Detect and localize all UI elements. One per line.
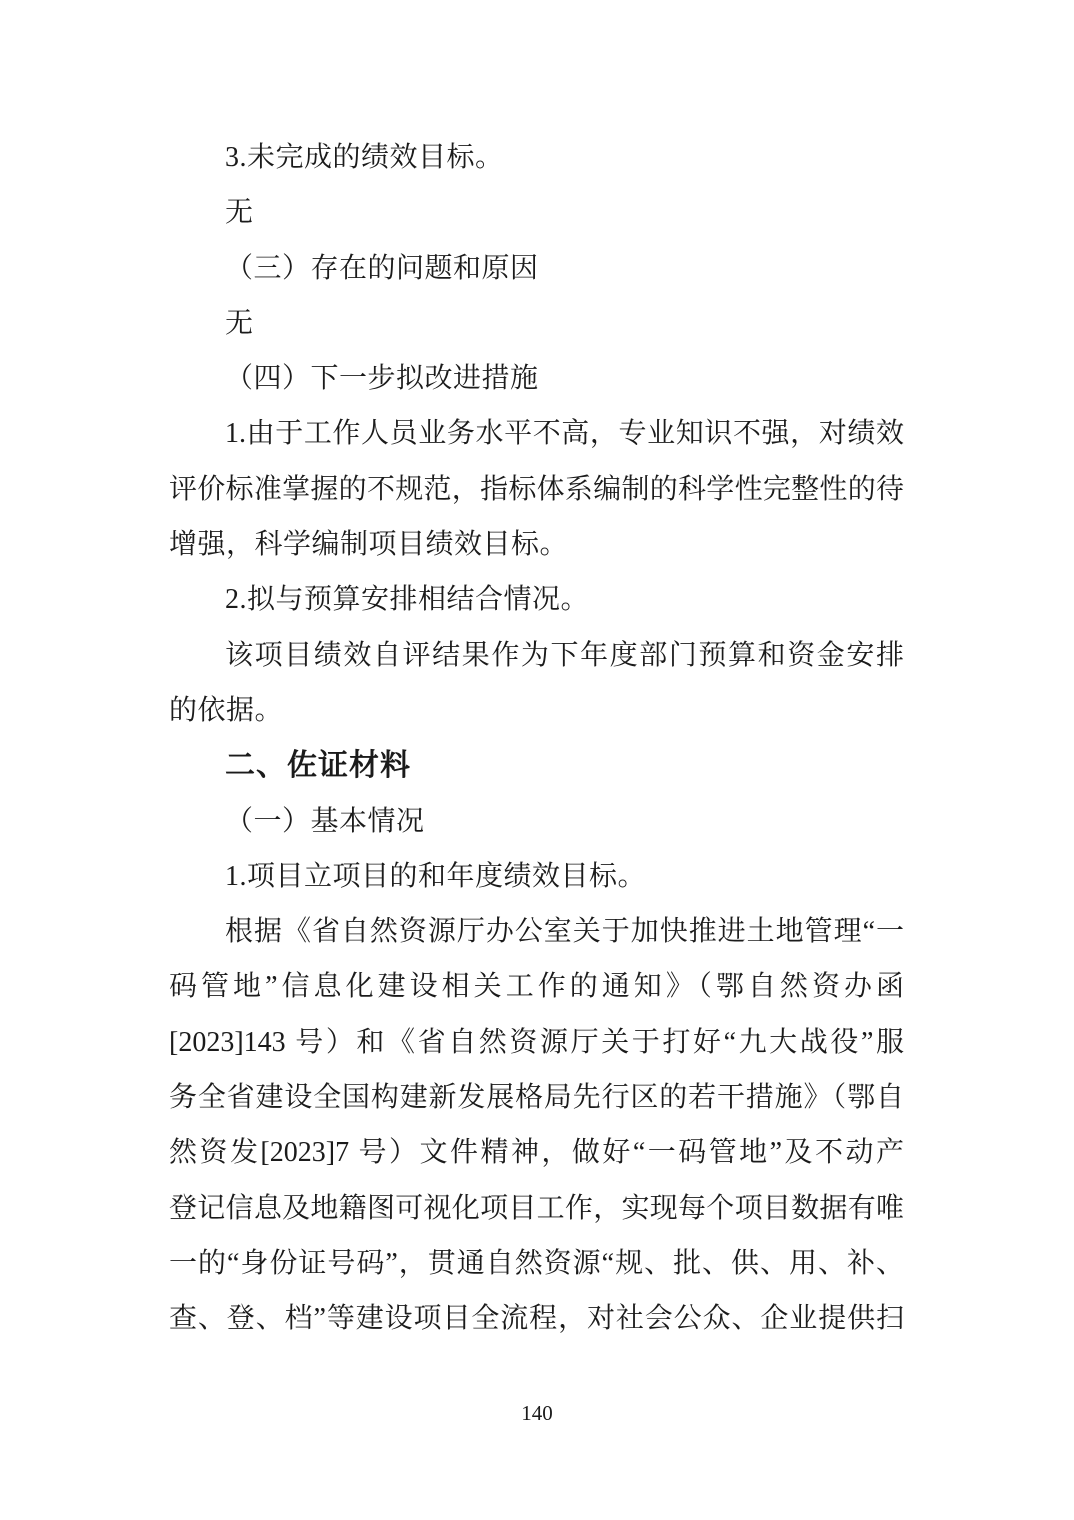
- text-line: 无: [169, 185, 904, 240]
- text-line: 评价标准掌握的不规范，指标体系编制的科学性完整性的待: [169, 462, 904, 517]
- text-line: 1.由于工作人员业务水平不高，专业知识不强，对绩效: [169, 406, 904, 461]
- text-line: 根据《省自然资源厅办公室关于加快推进土地管理“一: [169, 904, 904, 959]
- text-line: [2023]143 号）和《省自然资源厅关于打好“九大战役”服: [169, 1015, 904, 1070]
- document-body: 3.未完成的绩效目标。无（三）存在的问题和原因无（四）下一步拟改进措施1.由于工…: [169, 130, 904, 1347]
- text-line: 2.拟与预算安排相结合情况。: [169, 572, 904, 627]
- text-line: 1.项目立项目的和年度绩效目标。: [169, 849, 904, 904]
- text-line: 无: [169, 296, 904, 351]
- text-line: （一）基本情况: [169, 794, 904, 849]
- text-line: 增强，科学编制项目绩效目标。: [169, 517, 904, 572]
- document-page: 3.未完成的绩效目标。无（三）存在的问题和原因无（四）下一步拟改进措施1.由于工…: [0, 0, 1074, 1520]
- text-line: （四）下一步拟改进措施: [169, 351, 904, 406]
- text-line: 然资发[2023]7 号）文件精神，做好“一码管地”及不动产: [169, 1125, 904, 1180]
- page-number: 140: [0, 1398, 1074, 1428]
- text-line: 一的“身份证号码”，贯通自然资源“规、批、供、用、补、: [169, 1236, 904, 1291]
- section-heading: 二、佐证材料: [169, 738, 904, 793]
- text-line: 登记信息及地籍图可视化项目工作，实现每个项目数据有唯: [169, 1181, 904, 1236]
- text-line: 查、登、档”等建设项目全流程，对社会公众、企业提供扫: [169, 1291, 904, 1346]
- text-line: 码管地”信息化建设相关工作的通知》（鄂自然资办函: [169, 959, 904, 1014]
- text-line: 的依据。: [169, 683, 904, 738]
- text-line: 3.未完成的绩效目标。: [169, 130, 904, 185]
- text-line: （三）存在的问题和原因: [169, 241, 904, 296]
- text-line: 务全省建设全国构建新发展格局先行区的若干措施》（鄂自: [169, 1070, 904, 1125]
- text-line: 该项目绩效自评结果作为下年度部门预算和资金安排: [169, 628, 904, 683]
